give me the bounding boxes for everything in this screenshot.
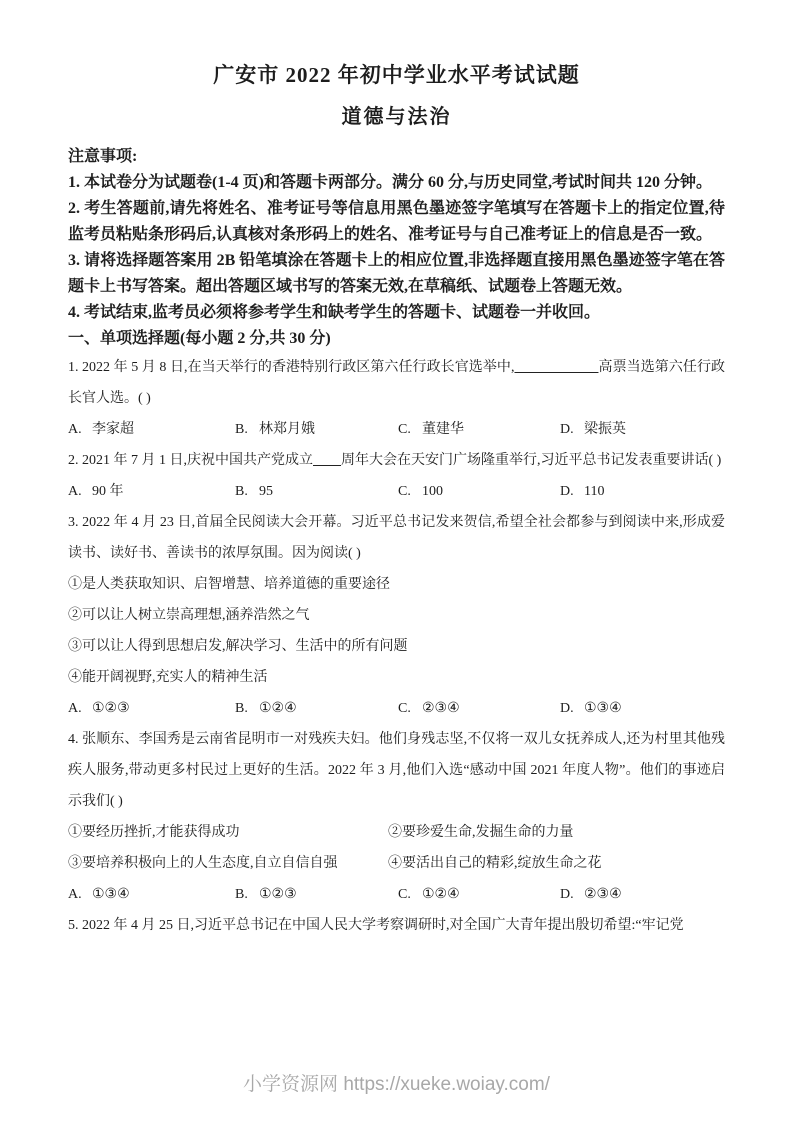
question-1-options: A.李家超 B.林郑月娥 C.董建华 D.梁振英 <box>68 414 725 445</box>
section-heading: 一、单项选择题(每小题 2 分,共 30 分) <box>68 326 725 352</box>
question-2-stem: 2. 2021 年 7 月 1 日,庆祝中国共产党成立____周年大会在天安门广… <box>68 445 725 476</box>
questions-area: 1. 2022 年 5 月 8 日,在当天举行的香港特别行政区第六任行政长官选举… <box>68 352 725 941</box>
question-4-subitem-1: ①要经历挫折,才能获得成功 <box>68 817 388 848</box>
question-2-options: A.90 年 B.95 C.100 D.110 <box>68 476 725 507</box>
question-4-stem: 4. 张顺东、李国秀是云南省昆明市一对残疾夫妇。他们身残志坚,不仅将一双儿女抚养… <box>68 724 725 817</box>
option-a: A.①②③ <box>68 693 235 724</box>
option-d: D.②③④ <box>560 879 725 910</box>
notice-item-3: 3. 请将选择题答案用 2B 铅笔填涂在答题卡上的相应位置,非选择题直接用黑色墨… <box>68 248 725 300</box>
notices-section: 注意事项: 1. 本试卷分为试题卷(1-4 页)和答题卡两部分。满分 60 分,… <box>68 144 725 326</box>
notices-heading: 注意事项: <box>68 144 725 170</box>
option-d: D.梁振英 <box>560 414 725 445</box>
exam-paper-page: 广安市 2022 年初中学业水平考试试题 道德与法治 注意事项: 1. 本试卷分… <box>0 0 793 1122</box>
question-3-stem: 3. 2022 年 4 月 23 日,首届全民阅读大会开幕。习近平总书记发来贺信… <box>68 507 725 569</box>
option-c: C.②③④ <box>398 693 560 724</box>
page-title: 广安市 2022 年初中学业水平考试试题 <box>68 60 725 90</box>
question-2: 2. 2021 年 7 月 1 日,庆祝中国共产党成立____周年大会在天安门广… <box>68 445 725 507</box>
question-3-subitem-3: ③可以让人得到思想启发,解决学习、生活中的所有问题 <box>68 631 725 662</box>
notice-item-1: 1. 本试卷分为试题卷(1-4 页)和答题卡两部分。满分 60 分,与历史同堂,… <box>68 170 725 196</box>
option-c: C.董建华 <box>398 414 560 445</box>
option-b: B.①②③ <box>235 879 398 910</box>
question-3-subitem-4: ④能开阔视野,充实人的精神生活 <box>68 662 725 693</box>
option-b: B.95 <box>235 476 398 507</box>
notice-item-4: 4. 考试结束,监考员必须将参考学生和缺考学生的答题卡、试题卷一并收回。 <box>68 300 725 326</box>
option-b: B.林郑月娥 <box>235 414 398 445</box>
footer-credit: 小学资源网 https://xueke.woiay.com/ <box>0 1074 793 1096</box>
notice-item-2: 2. 考生答题前,请先将姓名、准考证号等信息用黑色墨迹签字笔填写在答题卡上的指定… <box>68 196 725 248</box>
question-1-stem: 1. 2022 年 5 月 8 日,在当天举行的香港特别行政区第六任行政长官选举… <box>68 352 725 414</box>
question-3-options: A.①②③ B.①②④ C.②③④ D.①③④ <box>68 693 725 724</box>
question-4: 4. 张顺东、李国秀是云南省昆明市一对残疾夫妇。他们身残志坚,不仅将一双儿女抚养… <box>68 724 725 910</box>
page-content: 广安市 2022 年初中学业水平考试试题 道德与法治 注意事项: 1. 本试卷分… <box>68 60 725 941</box>
question-3-subitem-2: ②可以让人树立崇高理想,涵养浩然之气 <box>68 600 725 631</box>
option-a: A.90 年 <box>68 476 235 507</box>
question-4-options: A.①③④ B.①②③ C.①②④ D.②③④ <box>68 879 725 910</box>
blank-underline: ____________ <box>514 360 598 375</box>
option-d: D.110 <box>560 476 725 507</box>
question-3: 3. 2022 年 4 月 23 日,首届全民阅读大会开幕。习近平总书记发来贺信… <box>68 507 725 724</box>
question-5: 5. 2022 年 4 月 25 日,习近平总书记在中国人民大学考察调研时,对全… <box>68 910 725 941</box>
question-4-subitem-2: ②要珍爱生命,发掘生命的力量 <box>388 817 725 848</box>
option-c: C.①②④ <box>398 879 560 910</box>
question-4-subitem-4: ④要活出自己的精彩,绽放生命之花 <box>388 848 725 879</box>
blank-underline: ____ <box>313 453 341 468</box>
option-b: B.①②④ <box>235 693 398 724</box>
question-4-subitem-3: ③要培养积极向上的人生态度,自立自信自强 <box>68 848 388 879</box>
question-1: 1. 2022 年 5 月 8 日,在当天举行的香港特别行政区第六任行政长官选举… <box>68 352 725 445</box>
page-subtitle: 道德与法治 <box>68 103 725 131</box>
question-4-subitems: ①要经历挫折,才能获得成功 ②要珍爱生命,发掘生命的力量 ③要培养积极向上的人生… <box>68 817 725 879</box>
option-a: A.①③④ <box>68 879 235 910</box>
question-5-stem: 5. 2022 年 4 月 25 日,习近平总书记在中国人民大学考察调研时,对全… <box>68 910 725 941</box>
question-3-subitem-1: ①是人类获取知识、启智增慧、培养道德的重要途径 <box>68 569 725 600</box>
option-d: D.①③④ <box>560 693 725 724</box>
option-a: A.李家超 <box>68 414 235 445</box>
option-c: C.100 <box>398 476 560 507</box>
